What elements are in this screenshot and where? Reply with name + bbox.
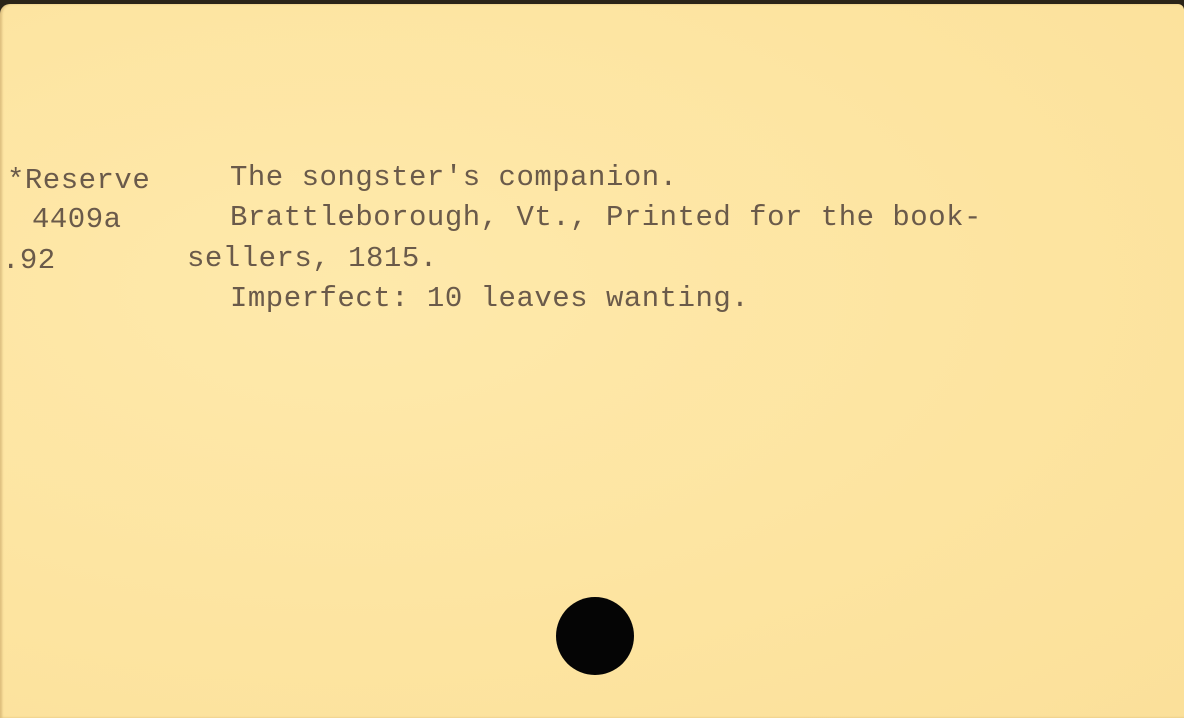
imprint-line-1: Brattleborough, Vt., Printed for the boo… <box>230 203 982 232</box>
title-line: The songster's companion. <box>230 163 678 192</box>
note-line: Imperfect: 10 leaves wanting. <box>230 284 749 313</box>
catalog-card: *Reserve 4409a .92 The songster's compan… <box>0 4 1184 718</box>
call-number-cutter: .92 <box>2 246 56 275</box>
punch-hole <box>556 597 634 675</box>
call-number-class: 4409a <box>32 205 122 234</box>
call-number-location: *Reserve <box>7 166 150 195</box>
imprint-line-2: sellers, 1815. <box>187 244 438 273</box>
